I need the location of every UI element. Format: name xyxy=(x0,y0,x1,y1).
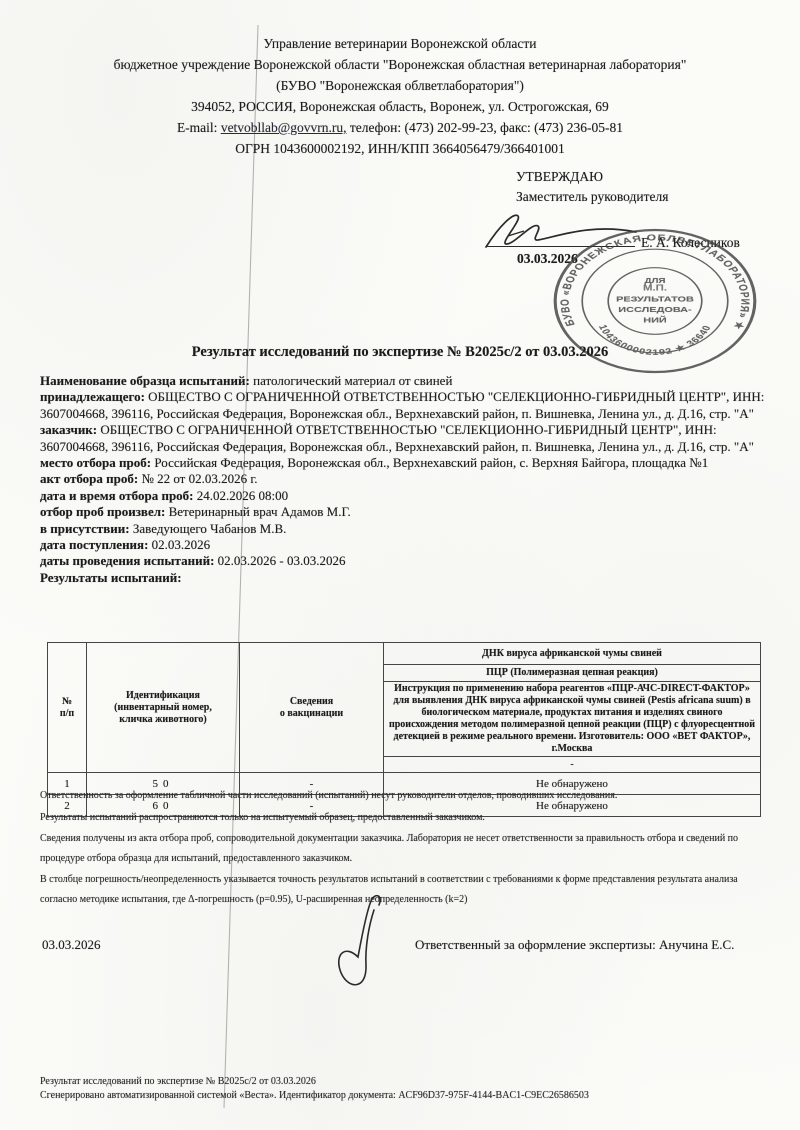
scanned-document-page: Управление ветеринарии Воронежской облас… xyxy=(0,0,800,1130)
field-sampling-act: акт отбора проб: № 22 от 02.03.2026 г. xyxy=(40,471,766,487)
phone-fax: телефон: (473) 202-99-23, факс: (473) 23… xyxy=(350,120,623,135)
col-header-number: № п/п xyxy=(48,643,87,773)
stamp-center-line2: РЕЗУЛЬТАТОВ xyxy=(616,295,694,304)
field-customer: заказчик: ОБЩЕСТВО С ОГРАНИЧЕННОЙ ОТВЕТС… xyxy=(40,422,766,455)
col-header-uncertainty-dash: - xyxy=(384,757,761,773)
field-label: заказчик: xyxy=(40,422,97,437)
footnote: Сведения получены из акта отбора проб, с… xyxy=(40,829,770,868)
field-value: патологический материал от свиней xyxy=(253,373,452,388)
field-test-dates: даты проведения испытаний: 02.03.2026 - … xyxy=(40,553,766,569)
approve-label: УТВЕРЖДАЮ xyxy=(516,167,668,187)
col-header-method-description: Инструкция по применению набора реагенто… xyxy=(384,682,761,757)
field-sampler: отбор проб произвел: Ветеринарный врач А… xyxy=(40,504,766,520)
document-title: Результат исследований по экспертизе № В… xyxy=(0,344,800,361)
org-header: Управление ветеринарии Воронежской облас… xyxy=(0,33,800,159)
field-label: в присутствии: xyxy=(40,521,130,536)
document-footer: Результат исследований по экспертизе № В… xyxy=(40,1075,589,1103)
field-label: дата и время отбора проб: xyxy=(40,488,194,503)
field-sampling-place: место отбора проб: Российская Федерация,… xyxy=(40,455,766,471)
field-value: 02.03.2026 - 03.03.2026 xyxy=(218,553,346,568)
footnote: Ответственность за оформление табличной … xyxy=(40,786,770,806)
col-header-vaccination: Сведения о вакцинации xyxy=(240,643,384,773)
field-label: даты проведения испытаний: xyxy=(40,553,214,568)
footnotes: Ответственность за оформление табличной … xyxy=(40,786,770,911)
field-label: Результаты испытаний: xyxy=(40,570,182,585)
field-label: Наименование образца испытаний: xyxy=(40,373,250,388)
col-header-method-type: ПЦР (Полимеразная цепная реакция) xyxy=(384,665,761,682)
field-value: 24.02.2026 08:00 xyxy=(197,488,288,503)
field-value: № 22 от 02.03.2026 г. xyxy=(141,471,257,486)
responsible-person: Ответственный за оформление экспертизы: … xyxy=(415,937,734,953)
field-value: ОБЩЕСТВО С ОГРАНИЧЕННОЙ ОТВЕТСТВЕННОСТЬЮ… xyxy=(40,389,764,420)
field-label: отбор проб произвел: xyxy=(40,504,165,519)
field-label: дата поступления: xyxy=(40,537,148,552)
field-owner: принадлежащего: ОБЩЕСТВО С ОГРАНИЧЕННОЙ … xyxy=(40,389,766,422)
field-label: акт отбора проб: xyxy=(40,471,138,486)
stamp-center-line4: НИЙ xyxy=(643,315,667,325)
email-address: vetvobllab@govvrn.ru, xyxy=(221,120,347,135)
footnote: В столбце погрешность/неопределенность у… xyxy=(40,870,770,909)
org-authority-line: Управление ветеринарии Воронежской облас… xyxy=(0,33,800,54)
field-label: принадлежащего: xyxy=(40,389,145,404)
footer-expertise-line: Результат исследований по экспертизе № В… xyxy=(40,1075,589,1089)
org-contacts-line: E-mail: vetvobllab@govvrn.ru, телефон: (… xyxy=(0,117,800,138)
field-sample-name: Наименование образца испытаний: патологи… xyxy=(40,373,766,389)
footnote: Результаты испытаний распространяются то… xyxy=(40,808,770,828)
org-ogrn-inn-line: ОГРН 1043600002192, ИНН/КПП 3664056479/3… xyxy=(0,138,800,159)
field-value: Заведующего Чабанов М.В. xyxy=(133,521,287,536)
col-header-identification: Идентификация (инвентарный номер, кличка… xyxy=(87,643,240,773)
responsible-signature xyxy=(333,893,397,1005)
field-value: Ветеринарный врач Адамов М.Г. xyxy=(169,504,351,519)
stamp-mp-mark: М.П. xyxy=(643,284,667,293)
field-value: Российская Федерация, Воронежская обл., … xyxy=(154,455,708,470)
stamp-center-line3: ИССЛЕДОВА- xyxy=(618,306,691,315)
results-label: Результаты испытаний: xyxy=(40,570,766,586)
col-header-indicator: ДНК вируса африканской чумы свиней xyxy=(384,643,761,665)
document-body: Наименование образца испытаний: патологи… xyxy=(40,373,766,586)
field-sampling-datetime: дата и время отбора проб: 24.02.2026 08:… xyxy=(40,488,766,504)
org-address-line: 394052, РОССИЯ, Воронежская область, Вор… xyxy=(0,96,800,117)
field-receipt-date: дата поступления: 02.03.2026 xyxy=(40,537,766,553)
field-witness: в присутствии: Заведующего Чабанов М.В. xyxy=(40,521,766,537)
org-short-name-line: (БУВО "Воронежская облветлаборатория") xyxy=(0,75,800,96)
org-name-line: бюджетное учреждение Воронежской области… xyxy=(0,54,800,75)
approval-block: УТВЕРЖДАЮ Заместитель руководителя xyxy=(516,167,668,207)
field-value: ОБЩЕСТВО С ОГРАНИЧЕННОЙ ОТВЕТСТВЕННОСТЬЮ… xyxy=(40,422,754,453)
field-label: место отбора проб: xyxy=(40,455,151,470)
signoff-date: 03.03.2026 xyxy=(42,937,101,953)
email-label: E-mail: xyxy=(177,120,218,135)
footer-generated-line: Сгенерировано автоматизированной системо… xyxy=(40,1089,589,1103)
field-value: 02.03.2026 xyxy=(152,537,211,552)
